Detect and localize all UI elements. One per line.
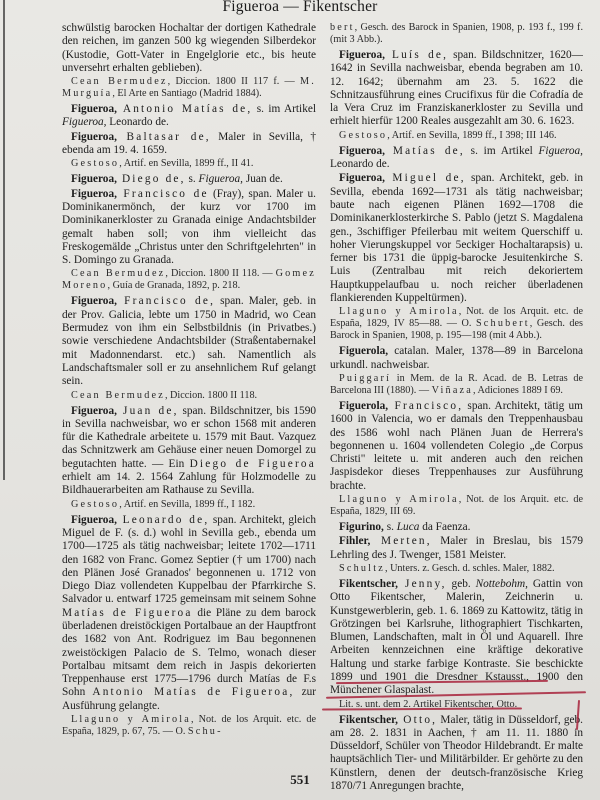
- reference: Cean Bermudez, Diccion. 1800 II 117 f. —…: [62, 76, 316, 100]
- entry-miguel: Figueroa, Miguel de, span. Architekt, ge…: [330, 172, 583, 305]
- entry-fihler: Fihler, Merten, Maler in Breslau, bis 15…: [330, 535, 583, 562]
- entry-diego: Figueroa, Diego de, s. Figueroa, Juan de…: [62, 173, 316, 186]
- running-head: Figueroa — Fikentscher: [0, 0, 600, 16]
- reference: Llaguno y Amirola, Not. de los Arquit. e…: [330, 306, 583, 342]
- left-column: schwülstig barocken Hochaltar der dortig…: [62, 22, 316, 741]
- book-page: Figueroa — Fikentscher schwülstig barock…: [0, 0, 600, 800]
- reference: Gestoso, Artif. en Sevilla, 1899 ff., I …: [62, 499, 316, 511]
- entry-francisco: Figueroa, Francisco de, span. Maler, geb…: [62, 295, 316, 388]
- reference: Cean Bermudez, Diccion. 1800 II 118.: [62, 390, 316, 402]
- entry-figuerola-francisco: Figuerola, Francisco, span. Architekt, t…: [330, 400, 583, 493]
- page-number: 551: [0, 772, 600, 788]
- entry-figuerola: Figuerola, catalan. Maler, 1378—89 in Ba…: [330, 345, 583, 372]
- reference-continuation: bert, Gesch. des Barock in Spanien, 1908…: [330, 22, 583, 46]
- entry-matias: Figueroa, Matías de, s. im Artikel Figue…: [330, 145, 583, 172]
- entry-continuation: schwülstig barocken Hochaltar der dortig…: [62, 22, 316, 75]
- reference: Llaguno y Amirola, Not. de los Arquit. e…: [330, 494, 583, 518]
- reference: Gestoso, Artif. en Sevilla, 1899 ff., I …: [330, 130, 583, 142]
- reference: Schultz, Unters. z. Gesch. d. schles. Ma…: [330, 563, 583, 575]
- entry-juan: Figueroa, Juan de, span. Bildschnitzer, …: [62, 405, 316, 498]
- reference: Cean Bermudez, Diccion. 1800 II 118. — G…: [62, 268, 316, 292]
- entry-figurino: Figurino, s. Luca da Faenza.: [330, 521, 583, 534]
- reference: Puiggarí in Mem. de la R. Acad. de B. Le…: [330, 373, 583, 397]
- entry-francisco-fray: Figueroa, Francisco de (Fray), span. Mal…: [62, 188, 316, 268]
- entry-antonio-matias: Figueroa, Antonio Matías de, s. im Artik…: [62, 103, 316, 130]
- page-edge-shadow: [3, 0, 5, 480]
- entry-leonardo: Figueroa, Leonardo de, span. Architekt, …: [62, 514, 316, 713]
- entry-baltasar: Figueroa, Baltasar de, Maler in Sevilla,…: [62, 131, 316, 158]
- entry-luis: Figueroa, Luís de, span. Bildschnitzer, …: [330, 49, 583, 129]
- reference: Gestoso, Artif. en Sevilla, 1899 ff., II…: [62, 158, 316, 170]
- right-column: bert, Gesch. des Barock in Spanien, 1908…: [330, 22, 583, 794]
- reference: Llaguno y Amirola, Not. de los Arquit. e…: [62, 714, 316, 738]
